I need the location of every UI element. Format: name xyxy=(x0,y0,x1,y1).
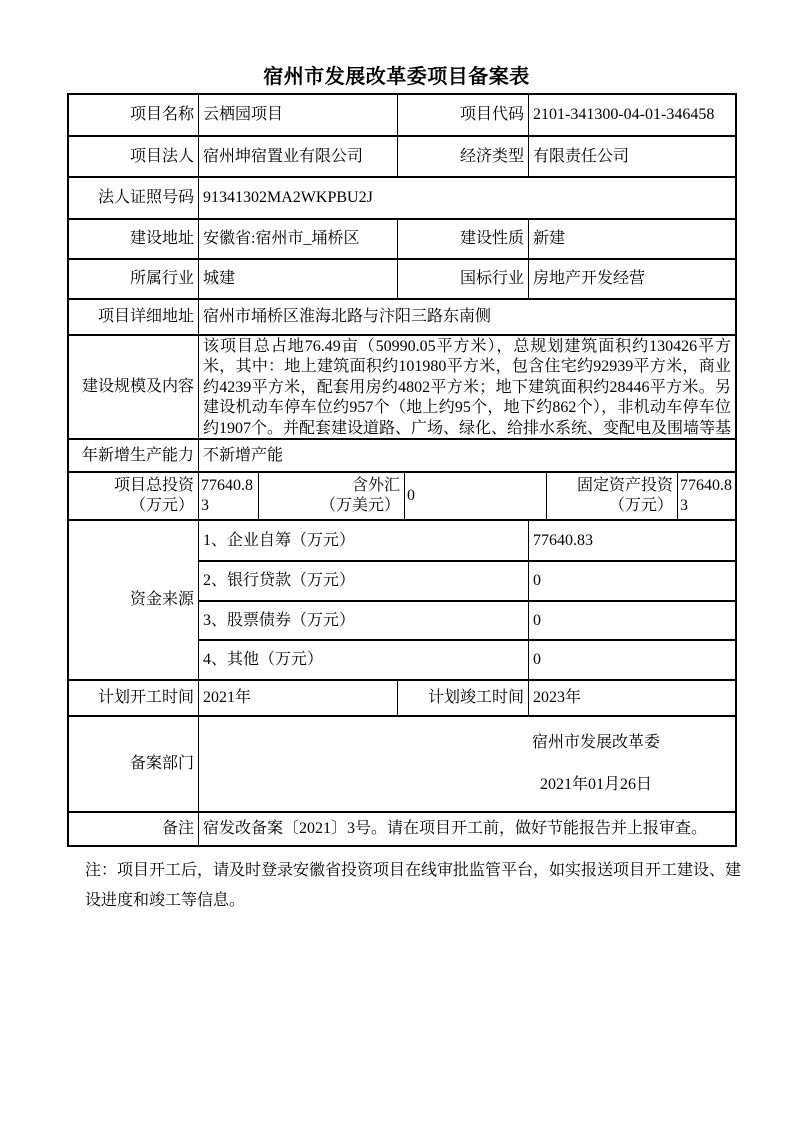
document-page: 宿州市发展改革委项目备案表 项目名称 云栖园项目 项目代码 2101-34130… xyxy=(0,0,793,1122)
finish-time-value: 2023年 xyxy=(528,681,735,715)
table-row-legal-person: 项目法人 宿州坤宿置业有限公司 经济类型 有限责任公司 xyxy=(69,135,735,176)
economic-type-value: 有限责任公司 xyxy=(528,137,735,176)
table-row-funding: 资金来源 1、企业自筹（万元） 77640.83 2、银行贷款（万元） 0 3、… xyxy=(69,519,735,679)
scale-content-value: 该项目总占地76.49亩（50990.05平方米），总规划建筑面积约130426… xyxy=(198,336,735,438)
funding-row-other: 4、其他（万元） 0 xyxy=(198,639,735,679)
funding-item-value: 77640.83 xyxy=(528,521,735,560)
table-row-remark: 备注 宿发改备案〔2021〕3号。请在项目开工前，做好节能报告并上报审查。 xyxy=(69,811,735,845)
funding-row-stocks-bonds: 3、股票债券（万元） 0 xyxy=(198,600,735,640)
footer-note: 注：项目开工后，请及时登录安徽省投资项目在线审批监管平台，如实报送项目开工建设、… xyxy=(85,856,741,916)
new-capacity-label: 年新增生产能力 xyxy=(69,440,198,471)
funding-row-bank-loan: 2、银行贷款（万元） 0 xyxy=(198,560,735,600)
total-investment-value: 77640.83 xyxy=(198,473,258,519)
funding-item-label: 3、股票债券（万元） xyxy=(198,602,528,640)
project-name-label: 项目名称 xyxy=(69,95,198,135)
funding-item-label: 4、其他（万元） xyxy=(198,641,528,679)
national-industry-value: 房地产开发经营 xyxy=(528,260,735,298)
start-time-label: 计划开工时间 xyxy=(69,681,198,715)
scale-content-label: 建设规模及内容 xyxy=(69,336,198,438)
build-nature-label: 建设性质 xyxy=(397,220,528,258)
detail-address-label: 项目详细地址 xyxy=(69,300,198,334)
economic-type-label: 经济类型 xyxy=(397,137,528,176)
project-code-value: 2101-341300-04-01-346458 xyxy=(528,95,735,135)
foreign-currency-label: 含外汇 （万美元） xyxy=(258,473,404,519)
project-filing-table: 项目名称 云栖园项目 项目代码 2101-341300-04-01-346458… xyxy=(67,93,737,847)
industry-value: 城建 xyxy=(198,260,397,298)
funding-label: 资金来源 xyxy=(69,521,198,679)
national-industry-label: 国标行业 xyxy=(397,260,528,298)
table-row-new-capacity: 年新增生产能力 不新增产能 xyxy=(69,438,735,471)
remark-label: 备注 xyxy=(69,813,198,845)
fixed-investment-value: 77640.83 xyxy=(677,473,735,519)
license-number-label: 法人证照号码 xyxy=(69,178,198,218)
funding-item-label: 1、企业自筹（万元） xyxy=(198,521,528,560)
funding-row-self-raised: 1、企业自筹（万元） 77640.83 xyxy=(198,521,735,560)
start-time-value: 2021年 xyxy=(198,681,397,715)
detail-address-value: 宿州市埇桥区淮海北路与汴阳三路东南侧 xyxy=(198,300,735,334)
build-address-label: 建设地址 xyxy=(69,220,198,258)
filing-dept-value: 宿州市发展改革委 2021年01月26日 xyxy=(198,717,735,811)
table-row-build-address: 建设地址 安徽省:宿州市_埇桥区 建设性质 新建 xyxy=(69,218,735,258)
funding-sub-rows: 1、企业自筹（万元） 77640.83 2、银行贷款（万元） 0 3、股票债券（… xyxy=(198,521,735,679)
table-row-investment: 项目总投资 （万元） 77640.83 含外汇 （万美元） 0 固定资产投资 （… xyxy=(69,471,735,519)
industry-label: 所属行业 xyxy=(69,260,198,298)
new-capacity-value: 不新增产能 xyxy=(198,440,735,471)
legal-person-value: 宿州坤宿置业有限公司 xyxy=(198,137,397,176)
build-address-value: 安徽省:宿州市_埇桥区 xyxy=(198,220,397,258)
legal-person-label: 项目法人 xyxy=(69,137,198,176)
table-row-detail-address: 项目详细地址 宿州市埇桥区淮海北路与汴阳三路东南侧 xyxy=(69,298,735,334)
project-code-label: 项目代码 xyxy=(397,95,528,135)
license-number-value: 91341302MA2WKPBU2J xyxy=(198,178,735,218)
table-row-license-number: 法人证照号码 91341302MA2WKPBU2J xyxy=(69,176,735,218)
table-row-industry: 所属行业 城建 国标行业 房地产开发经营 xyxy=(69,258,735,298)
foreign-currency-value: 0 xyxy=(404,473,546,519)
funding-item-value: 0 xyxy=(528,562,735,600)
build-nature-value: 新建 xyxy=(528,220,735,258)
table-row-filing-dept: 备案部门 宿州市发展改革委 2021年01月26日 xyxy=(69,715,735,811)
funding-item-label: 2、银行贷款（万元） xyxy=(198,562,528,600)
finish-time-label: 计划竣工时间 xyxy=(397,681,528,715)
remark-value: 宿发改备案〔2021〕3号。请在项目开工前，做好节能报告并上报审查。 xyxy=(198,813,735,845)
table-row-scale-content: 建设规模及内容 该项目总占地76.49亩（50990.05平方米），总规划建筑面… xyxy=(69,334,735,438)
page-title: 宿州市发展改革委项目备案表 xyxy=(0,60,793,89)
table-row-project-name: 项目名称 云栖园项目 项目代码 2101-341300-04-01-346458 xyxy=(69,95,735,135)
filing-dept-date: 2021年01月26日 xyxy=(540,774,652,796)
fixed-investment-label: 固定资产投资 （万元） xyxy=(546,473,677,519)
filing-dept-label: 备案部门 xyxy=(69,717,198,811)
filing-dept-org: 宿州市发展改革委 xyxy=(532,732,660,754)
project-name-value: 云栖园项目 xyxy=(198,95,397,135)
total-investment-label: 项目总投资 （万元） xyxy=(69,473,198,519)
table-row-schedule: 计划开工时间 2021年 计划竣工时间 2023年 xyxy=(69,679,735,715)
funding-item-value: 0 xyxy=(528,602,735,640)
funding-item-value: 0 xyxy=(528,641,735,679)
